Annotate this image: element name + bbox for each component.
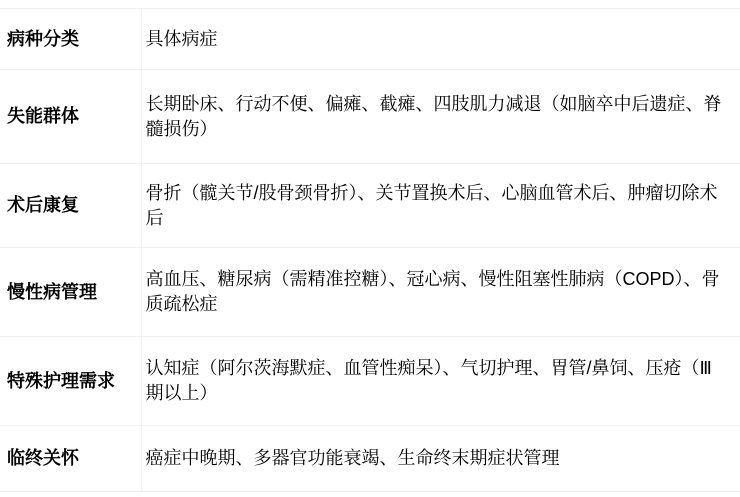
category-cell: 特殊护理需求 [0, 337, 141, 426]
table-row: 特殊护理需求 认知症（阿尔茨海默症、血管性痴呆）、气切护理、胃管/鼻饲、压疮（Ⅲ… [0, 337, 740, 426]
table-header-row: 病种分类 具体病症 [0, 9, 740, 70]
category-cell: 慢性病管理 [0, 248, 141, 337]
column-header-details: 具体病症 [141, 9, 740, 70]
disease-classification-table: 病种分类 具体病症 失能群体 长期卧床、行动不便、偏瘫、截瘫、四肢肌力减退（如脑… [0, 8, 740, 492]
category-cell: 失能群体 [0, 70, 141, 164]
table-row: 失能群体 长期卧床、行动不便、偏瘫、截瘫、四肢肌力减退（如脑卒中后遗症、脊髓损伤… [0, 70, 740, 164]
category-cell: 术后康复 [0, 164, 141, 248]
details-cell: 认知症（阿尔茨海默症、血管性痴呆）、气切护理、胃管/鼻饲、压疮（Ⅲ期以上） [141, 337, 740, 426]
details-cell: 骨折（髋关节/股骨颈骨折）、关节置换术后、心脑血管术后、肿瘤切除术后 [141, 164, 740, 248]
category-cell: 临终关怀 [0, 426, 141, 492]
table-row: 慢性病管理 高血压、糖尿病（需精准控糖）、冠心病、慢性阻塞性肺病（COPD）、骨… [0, 248, 740, 337]
page: 病种分类 具体病症 失能群体 长期卧床、行动不便、偏瘫、截瘫、四肢肌力减退（如脑… [0, 0, 740, 497]
details-cell: 高血压、糖尿病（需精准控糖）、冠心病、慢性阻塞性肺病（COPD）、骨质疏松症 [141, 248, 740, 337]
table-row: 术后康复 骨折（髋关节/股骨颈骨折）、关节置换术后、心脑血管术后、肿瘤切除术后 [0, 164, 740, 248]
table-row: 临终关怀 癌症中晚期、多器官功能衰竭、生命终末期症状管理 [0, 426, 740, 492]
details-cell: 癌症中晚期、多器官功能衰竭、生命终末期症状管理 [141, 426, 740, 492]
column-header-category: 病种分类 [0, 9, 141, 70]
details-cell: 长期卧床、行动不便、偏瘫、截瘫、四肢肌力减退（如脑卒中后遗症、脊髓损伤） [141, 70, 740, 164]
